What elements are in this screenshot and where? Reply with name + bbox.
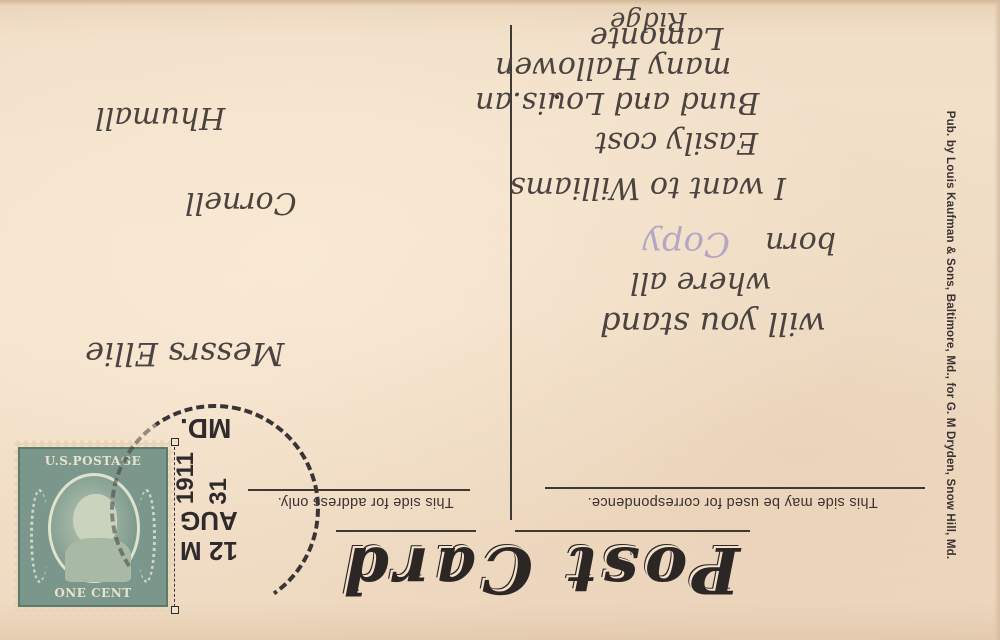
ink-speck: [645, 97, 649, 101]
postmark-month: AUG: [180, 505, 238, 536]
message-line-9: will you stand: [600, 305, 826, 343]
post-card-title: Post Card: [340, 532, 740, 607]
message-line-4: Bund and Louis.an: [475, 85, 759, 120]
correspondence-rule: [545, 487, 925, 489]
address-line-3: Messrs Ellie: [85, 335, 284, 373]
postmark-year: 1911: [172, 452, 200, 504]
card-edge-top: [0, 0, 1000, 6]
postmark-time: 12 M: [180, 535, 238, 566]
address-line-2: Cornell: [185, 185, 297, 220]
postmark-state: MD.: [180, 412, 231, 444]
correspondence-label: This side may be used for correspondence…: [535, 494, 930, 510]
ink-speck: [555, 95, 559, 99]
message-line-7: born: [765, 225, 836, 260]
message-line-8: where all: [630, 265, 771, 300]
message-line-3: many Hallowen: [495, 50, 731, 85]
laurel-left-icon: [30, 489, 49, 583]
address-line-1: Hhumall: [95, 100, 225, 135]
stamp-bottom-text: ONE CENT: [20, 586, 166, 600]
violet-stamp-mark: Copy: [530, 212, 730, 264]
publisher-line: Pub. by Louis Kaufman & Sons, Baltimore,…: [935, 75, 965, 595]
message-line-6: I want to Williams: [510, 170, 786, 205]
message-line-5: Easily cost: [595, 125, 758, 160]
postmark-day: 31: [205, 478, 233, 505]
card-edge-right: [994, 0, 1000, 640]
postcard-back: Pub. by Louis Kaufman & Sons, Baltimore,…: [0, 0, 1000, 640]
